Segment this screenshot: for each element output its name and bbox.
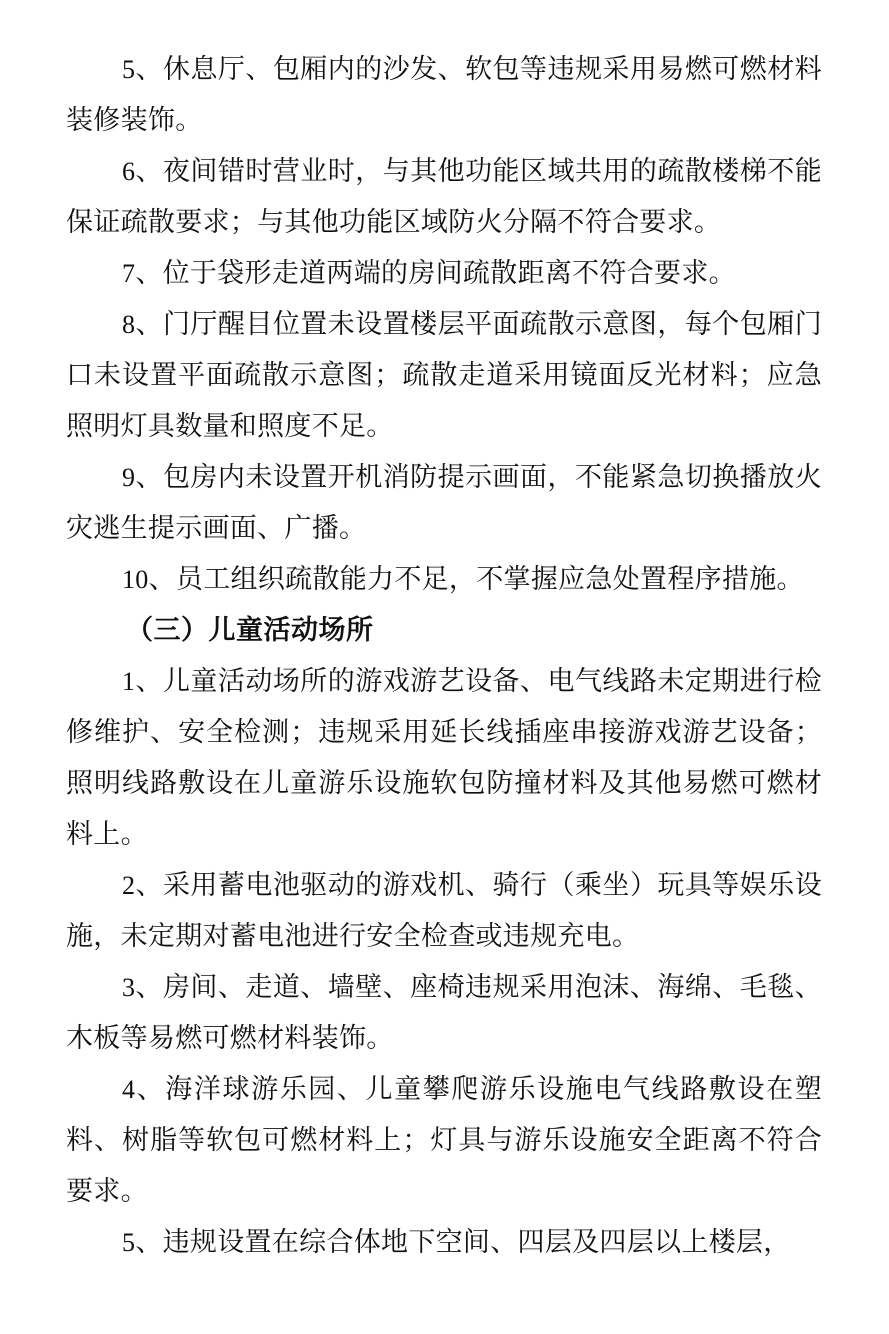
list-item-b2: 2、采用蓄电池驱动的游戏机、骑行（乘坐）玩具等娱乐设施，未定期对蓄电池进行安全检… [66, 860, 822, 962]
list-item-a8: 8、门厅醒目位置未设置楼层平面疏散示意图，每个包厢门口未设置平面疏散示意图；疏散… [66, 299, 822, 452]
list-item-a7: 7、位于袋形走道两端的房间疏散距离不符合要求。 [66, 248, 822, 299]
item-number: 5 [122, 1228, 135, 1257]
item-separator: 、 [135, 972, 163, 1003]
item-text: 休息厅、包厢内的沙发、软包等违规采用易燃可燃材料装修装饰。 [66, 54, 822, 136]
list-item-b1: 1、儿童活动场所的游戏游艺设备、电气线路未定期进行检修维护、安全检测；违规采用延… [66, 656, 822, 860]
list-item-a9: 9、包房内未设置开机消防提示画面，不能紧急切换播放火灾逃生提示画面、广播。 [66, 452, 822, 554]
item-separator: 、 [149, 564, 176, 595]
item-number: 4 [122, 1075, 135, 1104]
item-number: 8 [122, 310, 135, 339]
list-item-b3: 3、房间、走道、墙壁、座椅违规采用泡沫、海绵、毛毯、木板等易燃可燃材料装饰。 [66, 962, 822, 1064]
item-text: 员工组织疏散能力不足，不掌握应急处置程序措施。 [176, 564, 804, 595]
item-text: 夜间错时营业时，与其他功能区域共用的疏散楼梯不能保证疏散要求；与其他功能区域防火… [66, 156, 822, 238]
item-separator: 、 [135, 309, 163, 340]
item-number: 1 [122, 667, 135, 696]
section-heading: （三）儿童活动场所 [66, 605, 822, 656]
item-number: 9 [122, 463, 135, 492]
item-text: 位于袋形走道两端的房间疏散距离不符合要求。 [163, 258, 736, 289]
item-number: 2 [122, 871, 135, 900]
item-number: 10 [122, 565, 149, 594]
document-page: 5、休息厅、包厢内的沙发、软包等违规采用易燃可燃材料装修装饰。 6、夜间错时营业… [66, 44, 822, 1268]
item-number: 7 [122, 259, 135, 288]
item-text: 海洋球游乐园、儿童攀爬游乐设施电气线路敷设在塑料、树脂等软包可燃材料上；灯具与游… [66, 1074, 822, 1207]
item-text: 房间、走道、墙壁、座椅违规采用泡沫、海绵、毛毯、木板等易燃可燃材料装饰。 [66, 972, 822, 1054]
item-separator: 、 [135, 1074, 165, 1105]
item-separator: 、 [135, 1227, 162, 1258]
item-number: 5 [122, 55, 135, 84]
item-text: 采用蓄电池驱动的游戏机、骑行（乘坐）玩具等娱乐设施，未定期对蓄电池进行安全检查或… [66, 870, 822, 952]
list-item-a10: 10、员工组织疏散能力不足，不掌握应急处置程序措施。 [66, 554, 822, 605]
item-text: 包房内未设置开机消防提示画面，不能紧急切换播放火灾逃生提示画面、广播。 [66, 462, 822, 544]
item-text: 违规设置在综合体地下空间、四层及四层以上楼层， [163, 1227, 791, 1258]
list-item-b4: 4、海洋球游乐园、儿童攀爬游乐设施电气线路敷设在塑料、树脂等软包可燃材料上；灯具… [66, 1064, 822, 1217]
item-separator: 、 [135, 462, 163, 493]
list-item-b5: 5、违规设置在综合体地下空间、四层及四层以上楼层， [66, 1217, 822, 1268]
item-separator: 、 [135, 258, 162, 289]
item-separator: 、 [135, 54, 163, 85]
item-separator: 、 [135, 870, 163, 901]
item-text: 门厅醒目位置未设置楼层平面疏散示意图，每个包厢门口未设置平面疏散示意图；疏散走道… [66, 309, 822, 442]
item-separator: 、 [135, 666, 163, 697]
list-item-a6: 6、夜间错时营业时，与其他功能区域共用的疏散楼梯不能保证疏散要求；与其他功能区域… [66, 146, 822, 248]
item-text: 儿童活动场所的游戏游艺设备、电气线路未定期进行检修维护、安全检测；违规采用延长线… [66, 666, 822, 850]
item-number: 3 [122, 973, 135, 1002]
item-separator: 、 [135, 156, 163, 187]
item-number: 6 [122, 157, 135, 186]
list-item-a5: 5、休息厅、包厢内的沙发、软包等违规采用易燃可燃材料装修装饰。 [66, 44, 822, 146]
